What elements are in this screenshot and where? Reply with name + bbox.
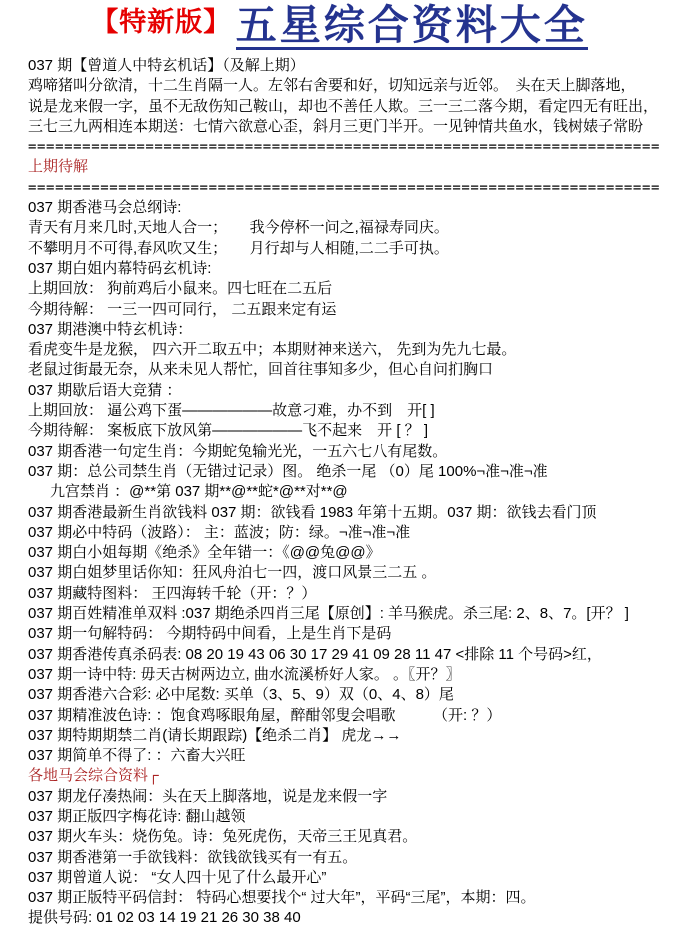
page-header: 【特新版】 五星综合资料大全 [0, 0, 679, 50]
text-line: 037 期港澳中特玄机诗： [28, 320, 673, 340]
text-line: 037 期香港最新生肖欲钱料 037 期：欲钱看 1983 年第十五期。037 … [28, 503, 673, 523]
content: 037 期【曾道人中特玄机话】（及解上期）鸡啼猪叫分欲清，十二生肖隔一人。左邻右… [0, 50, 679, 929]
text-line: 037 期藏特图料： 王四海转千轮（开：？） [28, 584, 673, 604]
text-line: 说是龙来假一字，虽不无敌伤知己鞍山，却也不善任人欺。三一三二落今期，看定四无有旺… [28, 97, 673, 117]
text-line: 提供号码: 01 02 03 14 19 21 26 30 38 40 [28, 908, 673, 928]
text-line: 037 期歇后语大竞猜 ： [28, 381, 673, 401]
text-line: 三七三九两相连本期送：七情六欲意心歪，斜月三更门半开。一见钟情共鱼水，钱树婊子常… [28, 117, 673, 137]
text-line: 看虎变牛是龙猴， 四六开二取五中；本期财神来送六， 先到为先九七最。 [28, 340, 673, 360]
text-line: 037 期香港第一手欲钱料：欲钱欲钱买有一有五。 [28, 848, 673, 868]
text-line: 037 期香港马会总纲诗: [28, 198, 673, 218]
text-line: 各地马会综合资料┌ [28, 766, 673, 786]
text-line: 037 期一句解特码： 今期特码中间看，上是生肖下是码 [28, 624, 673, 644]
text-line: 037 期曾道人说： “女人四十见了什么最开心” [28, 868, 673, 888]
text-line: 037 期香港一句定生肖：今期蛇兔输光光，一五六七八有尾数。 [28, 442, 673, 462]
text-line: 037 期简单不得了: ：六畜大兴旺 [28, 746, 673, 766]
text-line: 037 期：总公司禁生肖（无错过记录）图。 绝杀一尾 （0）尾 100%¬准¬准… [28, 462, 673, 482]
text-line: 037 期一诗中特: 毋天古树两边立, 曲水流溪桥好人家。 。〖开？〗 [28, 665, 673, 685]
text-line: 037 期百姓精准单双料 :037 期绝杀四肖三尾【原创】: 羊马猴虎。杀三尾:… [28, 604, 673, 624]
text-line: 037 期白姐梦里话你知：狂风舟泊七一四，渡口风景三二五 。 [28, 563, 673, 583]
text-line: 上期回放： 逼公鸡下蛋——————故意刁难，办不到 开[ ] [28, 401, 673, 421]
page: 【特新版】 五星综合资料大全 037 期【曾道人中特玄机话】（及解上期）鸡啼猪叫… [0, 0, 679, 942]
text-line: 今期待解： 一三一四可同行， 二五跟来定有运 [28, 300, 673, 320]
text-line: 鸡啼猪叫分欲清，十二生肖隔一人。左邻右舍要和好，切知远亲与近邻。 头在天上脚落地… [28, 76, 673, 96]
text-line: 037 期必中特码（波路）： 主：蓝波；防：绿。¬准¬准¬准 [28, 523, 673, 543]
text-line: 037 期白小姐每期《绝杀》全年错一：《@@兔@@》 [28, 543, 673, 563]
text-line: 037 期香港六合彩: 必中尾数: 买单（3、5、9）双（0、4、8）尾 [28, 685, 673, 705]
text-line: 037 期龙仔凑热闹：头在天上脚落地，说是龙来假一字 [28, 787, 673, 807]
text-line: 037 期白姐内幕特码玄机诗: [28, 259, 673, 279]
text-line: 今期待解： 案板底下放风第——————飞不起来 开 [ ？ ] [28, 421, 673, 441]
text-line: 037 期香港传真杀码表: 08 20 19 43 06 30 17 29 41… [28, 645, 673, 665]
separator-line: ========================================… [28, 137, 673, 157]
text-line: 037 期正版四字梅花诗: 翻山越领 [28, 807, 673, 827]
text-line: 青天有月来几时,天地人合一； 我今停杯一问之,福禄寿同庆。 [28, 218, 673, 238]
text-line: 上期回放： 狗前鸡后小鼠来。四七旺在二五后 [28, 279, 673, 299]
text-line: 九宫禁肖 ：@**第 037 期**@**蛇*@**对**@ [28, 482, 673, 502]
page-title[interactable]: 五星综合资料大全 [236, 5, 588, 50]
text-line: 037 期正版特平码信封： 特码心想要找个“ 过大年”，平码“三尾”，本期：四。 [28, 888, 673, 908]
text-line: 037 期火车头：烧伤兔。诗：兔死虎伤，天帝三王见真君。 [28, 827, 673, 847]
text-line: 不攀明月不可得,春风吹又生； 月行却与人相随,二二手可执。 [28, 239, 673, 259]
text-line: 老鼠过街最无奈，从来未见人帮忙，回首往事知多少，但心自问扪胸口 [28, 360, 673, 380]
text-line: 037 期特期期禁二肖(请长期跟踪)【绝杀二肖】 虎龙→→ [28, 726, 673, 746]
text-line: 037 期【曾道人中特玄机话】（及解上期） [28, 56, 673, 76]
text-line: 037 期精准波色诗: ：饱食鸡啄眼角屋，醉酣邻叟会唱歌 （开: ？） [28, 706, 673, 726]
text-line: 上期待解 [28, 157, 673, 177]
edition-badge: 【特新版】 [91, 9, 231, 36]
separator-line: ========================================… [28, 178, 673, 198]
